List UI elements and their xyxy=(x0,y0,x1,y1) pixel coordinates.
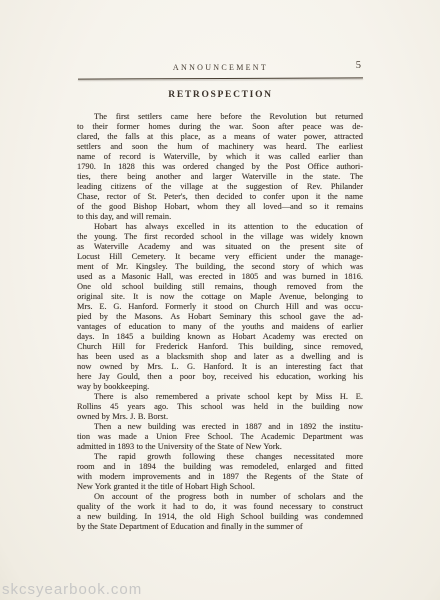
watermark: skcsyearbook.com xyxy=(2,581,142,598)
text-line: a new building. In 1914, the old High Sc… xyxy=(77,512,363,522)
running-title: ANNOUNCEMENT xyxy=(78,63,363,72)
text-line: way by bookkeeping. xyxy=(77,382,363,392)
text-line: name of record is Waterville, by which i… xyxy=(77,152,363,162)
text-line: settlers and soon the hum of machinery w… xyxy=(77,142,363,152)
paragraph: There is also remembered a private schoo… xyxy=(77,392,363,422)
text-line: of the good Bishop Hobart, whom they all… xyxy=(77,202,363,212)
text-line: now owned by Mrs. L. G. Hanford. It is a… xyxy=(77,362,363,372)
text-line: ment of Mr. Kingsley. The building, the … xyxy=(77,262,363,272)
section-title: RETROSPECTION xyxy=(78,90,363,100)
paragraph: Hobart has always excelled in its attent… xyxy=(77,222,363,392)
text-line: quality of the work it had to do, it was… xyxy=(77,502,363,512)
header-rule xyxy=(78,77,363,79)
paragraph: Then a new building was erected in 1887 … xyxy=(77,422,363,452)
text-line: ties, there being another and larger Wat… xyxy=(77,172,363,182)
scanned-page: ANNOUNCEMENT 5 RETROSPECTION The first s… xyxy=(0,0,440,600)
text-line: Then a new building was erected in 1887 … xyxy=(77,422,363,432)
text-line: The first settlers came here before the … xyxy=(77,112,363,122)
text-line: New York granted it the title of Hobart … xyxy=(77,482,363,492)
page-number: 5 xyxy=(356,60,361,71)
text-line: has been used as a blacksmith shop and l… xyxy=(77,352,363,362)
text-line: days. In 1845 a building known as Hobart… xyxy=(77,332,363,342)
text-line: room and in 1894 the building was remode… xyxy=(77,462,363,472)
paragraph: The first settlers came here before the … xyxy=(77,112,363,222)
text-line: Mrs. E. G. Hanford. Formerly it stood on… xyxy=(77,302,363,312)
text-line: Chase, rector of St. Peter's, then decid… xyxy=(77,192,363,202)
text-line: The rapid growth following these changes… xyxy=(77,452,363,462)
paragraph: The rapid growth following these changes… xyxy=(77,452,363,492)
text-line: as Waterville Academy and was situated o… xyxy=(77,242,363,252)
text-line: here Jay Gould, then a poor boy, receive… xyxy=(77,372,363,382)
running-header: ANNOUNCEMENT 5 xyxy=(78,63,363,76)
text-line: admitted in 1893 to the University of th… xyxy=(77,442,363,452)
article-body: The first settlers came here before the … xyxy=(77,112,363,532)
text-line: used as a Masonic Hall, was erected in 1… xyxy=(77,272,363,282)
text-line: There is also remembered a private schoo… xyxy=(77,392,363,402)
text-line: pied by the Masons. As Hobart Seminary t… xyxy=(77,312,363,322)
paragraph: On account of the progress both in numbe… xyxy=(77,492,363,532)
text-line: One old school building still remains, t… xyxy=(77,282,363,292)
text-line: 1790. In 1828 this was ordered changed b… xyxy=(77,162,363,172)
text-line: to their former homes during the war. So… xyxy=(77,122,363,132)
text-line: with modern improvements and in 1897 the… xyxy=(77,472,363,482)
text-line: the young. The first recorded school in … xyxy=(77,232,363,242)
text-line: leading citizens of the village at the s… xyxy=(77,182,363,192)
text-line: Church Hill for Frederick Hanford. This … xyxy=(77,342,363,352)
text-line: On account of the progress both in numbe… xyxy=(77,492,363,502)
text-line: vantages of education to many of the you… xyxy=(77,322,363,332)
text-line: clared, the falls at this place, as a me… xyxy=(77,132,363,142)
text-line: tion was made a Union Free School. The A… xyxy=(77,432,363,442)
text-line: to this day, and will remain. xyxy=(77,212,363,222)
text-line: original site. It is now the cottage on … xyxy=(77,292,363,302)
text-line: by the State Department of Education and… xyxy=(77,522,363,532)
text-line: Rollins 45 years ago. This school was he… xyxy=(77,402,363,412)
text-line: owned by Mrs. J. B. Borst. xyxy=(77,412,363,422)
text-line: Locust Hill Cemetery. It became very eff… xyxy=(77,252,363,262)
text-line: Hobart has always excelled in its attent… xyxy=(77,222,363,232)
